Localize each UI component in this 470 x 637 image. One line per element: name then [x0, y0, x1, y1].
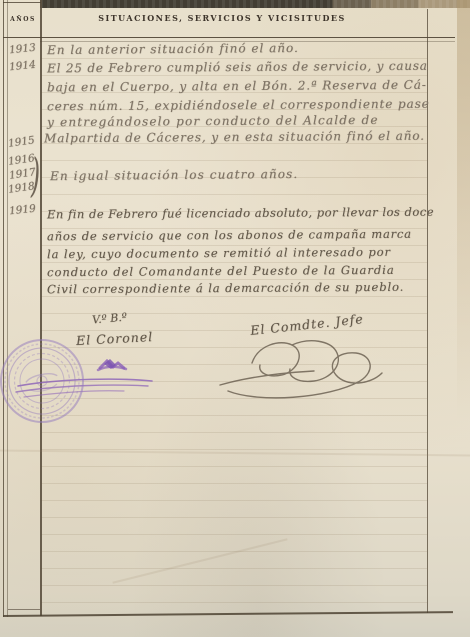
left-margin-line-inner: [7, 0, 8, 617]
years-column-header: AÑOS: [8, 16, 38, 23]
years-column-line: [40, 0, 42, 616]
entry-line: El 25 de Febrero cumplió seis años de se…: [47, 59, 428, 76]
years-box-top-line: [3, 2, 41, 3]
entry-line: baja en el Cuerpo, y alta en el Bón. 2.ª…: [47, 78, 427, 95]
year-label-1919: 1919: [8, 203, 36, 218]
entry-line: la ley, cuyo documento se remitió al int…: [47, 245, 391, 261]
entry-line: Civil correspondiente á la demarcación d…: [47, 280, 404, 296]
left-margin-line-outer: [3, 0, 4, 617]
scan-edge-right: [457, 0, 470, 420]
year-label-1914: 1914: [8, 59, 36, 74]
entry-line: ceres núm. 15, expidiéndosele el corresp…: [47, 97, 430, 114]
year-label-1913: 1913: [8, 42, 36, 57]
entry-line: años de servicio que con los abonos de c…: [47, 227, 412, 244]
comandante-signature: [218, 333, 388, 405]
years-box-bottom-line: [8, 609, 40, 610]
years-group-brace: ): [31, 148, 40, 202]
page-title: SITUACIONES, SERVICIOS Y VICISITUDES: [42, 13, 402, 23]
entry-line: En la anterior situación finó el año.: [47, 41, 299, 57]
service-record-page: { "page": { "years_column_header": "AÑOS…: [0, 0, 470, 637]
official-stamp: [0, 335, 88, 427]
top-binding-band: [40, 0, 470, 8]
entry-line: Malpartida de Cáceres, y en esta situaci…: [44, 129, 425, 146]
entry-line: conducto del Comandante del Puesto de la…: [47, 263, 395, 279]
entry-line: y entregándoselo por conducto del Alcald…: [47, 113, 379, 129]
entry-line: En fin de Febrero fué licenciado absolut…: [47, 205, 434, 222]
entry-line: En igual situación los cuatro años.: [50, 167, 298, 183]
header-rule: [3, 37, 455, 38]
